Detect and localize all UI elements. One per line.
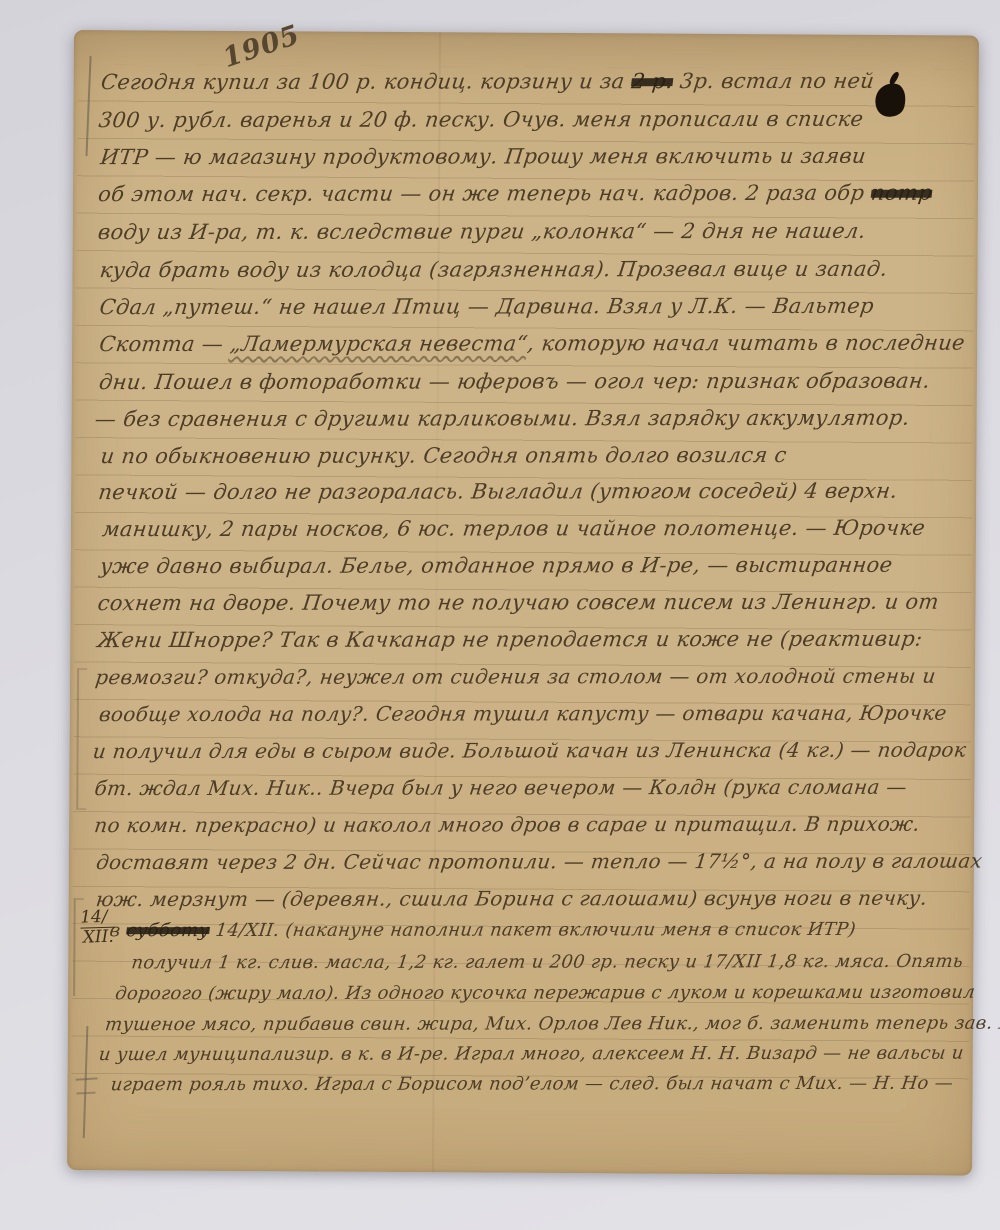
handwriting-strike-segment: 2 р. bbox=[630, 69, 674, 93]
handwriting-segment: и ушел муниципализир. в к. в И-ре. Играл… bbox=[98, 1043, 965, 1065]
handwriting-segment: вообще холода на полу?. Сегодня тушил ка… bbox=[98, 701, 948, 726]
handwriting-segment: по комн. прекрасно) и наколол много дров… bbox=[93, 812, 921, 837]
handwriting-strike-segment: потр bbox=[870, 181, 934, 205]
handwriting-line: ИТР — ю магазину продуктовому. Прошу мен… bbox=[99, 144, 867, 169]
handwriting-line: уже давно выбирал. Белье, отданное прямо… bbox=[99, 553, 894, 578]
handwriting-line: — без сравнения с другими карликовыми. В… bbox=[94, 406, 912, 431]
handwriting-segment: 300 у. рубл. варенья и 20 ф. песку. Очув… bbox=[97, 107, 864, 132]
handwriting-strike-segment: субботу bbox=[125, 920, 211, 941]
handwriting-segment: дорогого (жиру мало). Из одного кусочка … bbox=[114, 982, 976, 1004]
handwriting-line: дни. Пошел в фотоработки — юферовъ — ого… bbox=[98, 369, 932, 394]
handwriting-line: Скотта — „Ламермурская невеста“, которую… bbox=[98, 331, 966, 356]
handwriting-segment: ревмозги? откуда?, неужел от сидения за … bbox=[94, 664, 937, 689]
handwriting-segment: Сдал „путеш.“ не нашел Птиц — Дарвина. В… bbox=[98, 294, 875, 319]
handwriting-segment: и получил для еды в сыром виде. Большой … bbox=[92, 738, 968, 763]
handwriting-segment: дни. Пошел в фотоработки — юферовъ — ого… bbox=[98, 369, 932, 394]
handwriting-segment: ИТР — ю магазину продуктовому. Прошу мен… bbox=[99, 144, 867, 169]
handwriting-line: вообще холода на полу?. Сегодня тушил ка… bbox=[98, 701, 948, 726]
handwriting-segment: играет рояль тихо. Играл с Борисом под’е… bbox=[109, 1073, 954, 1095]
handwriting-line: и по обыкновению рисунку. Сегодня опять … bbox=[99, 443, 788, 468]
handwriting-line: получил 1 кг. слив. масла, 1,2 кг. галет… bbox=[130, 951, 964, 973]
handwriting-line: по комн. прекрасно) и наколол много дров… bbox=[93, 812, 921, 837]
handwriting-line: воду из И-ра, т. к. вследствие пурги „ко… bbox=[97, 219, 867, 244]
handwriting-line: играет рояль тихо. Играл с Борисом под’е… bbox=[109, 1073, 954, 1095]
handwriting-segment: , которую начал читать в последние bbox=[526, 331, 966, 356]
handwriting-segment: и по обыкновению рисунку. Сегодня опять … bbox=[99, 443, 788, 468]
handwriting-segment: об этом нач. секр. части — он же теперь … bbox=[97, 181, 873, 206]
handwriting-segment: сохнет на дворе. Почему то не получаю со… bbox=[96, 590, 940, 615]
handwriting-segment: 14/XII. (накануне наполнил пакет включил… bbox=[208, 919, 857, 941]
handwriting-line: Сегодня купил за 100 р. кондиц. корзину … bbox=[100, 69, 876, 94]
handwriting-line: бт. ждал Мих. Ник.. Вчера был у него веч… bbox=[93, 775, 908, 800]
handwriting-line: об этом нач. секр. части — он же теперь … bbox=[97, 181, 934, 206]
manuscript-page: 1905 14/ XII. Сегодня купил за 100 р. ко… bbox=[67, 30, 979, 1176]
handwriting-line: юж. мерзнут — (деревян., сшила Борина с … bbox=[95, 886, 929, 911]
handwriting-line: и ушел муниципализир. в к. в И-ре. Играл… bbox=[98, 1043, 965, 1065]
handwriting-segment: манишку, 2 пары носков, 6 юс. терлов и ч… bbox=[101, 516, 927, 541]
handwriting-line: 300 у. рубл. варенья и 20 ф. песку. Очув… bbox=[97, 107, 864, 132]
handwriting-line: сохнет на дворе. Почему то не получаю со… bbox=[96, 590, 940, 615]
handwriting-segment: куда брать воду из колодца (загрязненная… bbox=[98, 257, 888, 282]
handwriting-segment: — без сравнения с другими карликовыми. В… bbox=[94, 406, 912, 431]
handwriting-segment: получил 1 кг. слив. масла, 1,2 кг. галет… bbox=[130, 951, 964, 973]
handwriting-line: Сдал „путеш.“ не нашел Птиц — Дарвина. В… bbox=[98, 294, 875, 319]
handwriting-line: дорогого (жиру мало). Из одного кусочка … bbox=[114, 982, 976, 1004]
handwriting-wavy-segment: „Ламермурская невеста“ bbox=[229, 331, 529, 355]
handwriting-segment: Скотта — bbox=[98, 332, 232, 356]
handwriting-segment: воду из И-ра, т. к. вследствие пурги „ко… bbox=[97, 219, 867, 244]
handwriting-segment: уже давно выбирал. Белье, отданное прямо… bbox=[99, 553, 894, 578]
handwriting-line: печкой — долго не разгоралась. Выгладил … bbox=[97, 479, 899, 504]
handwriting-line: ревмозги? откуда?, неужел от сидения за … bbox=[94, 664, 937, 689]
handwriting-segment: тушеное мясо, прибавив свин. жира, Мих. … bbox=[104, 1013, 1000, 1036]
handwriting-lines: Сегодня купил за 100 р. кондиц. корзину … bbox=[67, 30, 979, 1176]
photo-background: 1905 14/ XII. Сегодня купил за 100 р. ко… bbox=[0, 0, 1000, 1230]
handwriting-segment: печкой — долго не разгоралась. Выгладил … bbox=[97, 479, 899, 504]
handwriting-segment: доставят через 2 дн. Сейчас протопили. —… bbox=[95, 849, 984, 875]
handwriting-segment: Жени Шнорре? Так в Качканар не преподает… bbox=[96, 627, 924, 652]
handwriting-line: и получил для еды в сыром виде. Большой … bbox=[92, 738, 968, 763]
handwriting-line: доставят через 2 дн. Сейчас протопили. —… bbox=[95, 849, 984, 875]
handwriting-segment: 3р. встал по ней bbox=[672, 69, 876, 93]
handwriting-line: Жени Шнорре? Так в Качканар не преподает… bbox=[96, 627, 924, 652]
handwriting-segment: юж. мерзнут — (деревян., сшила Борина с … bbox=[95, 886, 929, 911]
handwriting-line: куда брать воду из колодца (загрязненная… bbox=[98, 257, 888, 282]
handwriting-segment: Сегодня купил за 100 р. кондиц. корзину … bbox=[100, 69, 633, 94]
handwriting-line: тушеное мясо, прибавив свин. жира, Мих. … bbox=[104, 1013, 1000, 1036]
handwriting-segment: бт. ждал Мих. Ник.. Вчера был у него веч… bbox=[93, 775, 908, 800]
handwriting-line: манишку, 2 пары носков, 6 юс. терлов и ч… bbox=[101, 516, 927, 541]
handwriting-line: в субботу 14/XII. (накануне наполнил пак… bbox=[108, 919, 857, 941]
